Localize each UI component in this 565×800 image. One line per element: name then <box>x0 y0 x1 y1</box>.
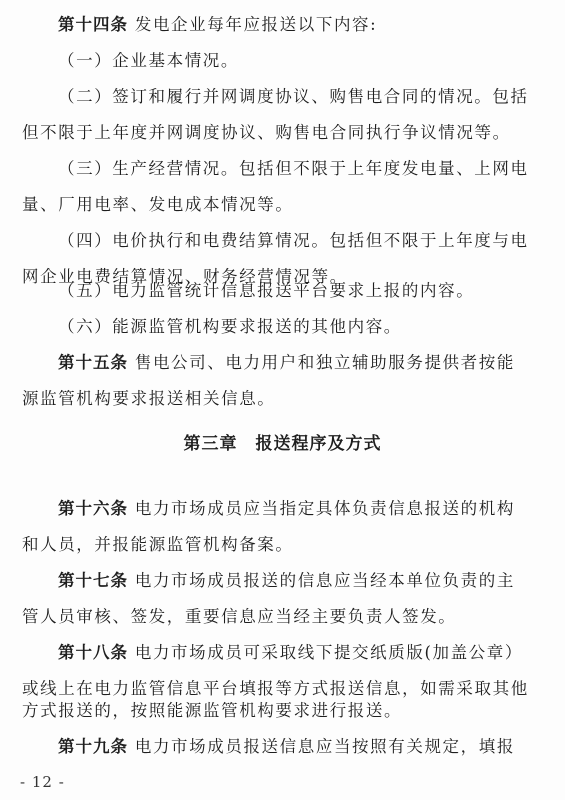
article-18-line: 第十八条 电力市场成员可采取线下提交纸质版(加盖公章） <box>58 642 546 664</box>
item-text: （四）电价执行和电费结算情况。包括但不限于上年度与电 <box>58 231 529 250</box>
article-text: 方式报送的，按照能源监管机构要求进行报送。 <box>22 701 402 720</box>
chapter-heading: 第三章报送程序及方式 <box>0 433 565 455</box>
article-18-continuation-2: 方式报送的，按照能源监管机构要求进行报送。 <box>22 700 546 722</box>
article-text: 电力市场成员可采取线下提交纸质版(加盖公章） <box>128 643 523 662</box>
page-number: - 12 - <box>20 772 65 792</box>
article-16-continuation: 和人员，并报能源监管机构备案。 <box>22 534 546 556</box>
item-3-continuation: 量、厂用电率、发电成本情况等。 <box>22 194 546 216</box>
article-text: 发电企业每年应报送以下内容: <box>128 15 377 34</box>
article-text: 售电公司、电力用户和独立辅助服务提供者按能 <box>128 353 515 372</box>
article-text: 管人员审核、签发，重要信息应当经主要负责人签发。 <box>22 607 456 626</box>
article-text: 和人员，并报能源监管机构备案。 <box>22 535 294 554</box>
item-2-line: （二）签订和履行并网调度协议、购售电合同的情况。包括 <box>58 86 546 108</box>
document-page: 第十四条 发电企业每年应报送以下内容: （一）企业基本情况。 （二）签订和履行并… <box>0 0 565 800</box>
article-heading: 第十四条 <box>58 15 128 34</box>
item-text: （二）签订和履行并网调度协议、购售电合同的情况。包括 <box>58 87 529 106</box>
article-15-continuation: 源监管机构要求报送相关信息。 <box>22 388 546 410</box>
item-1-line: （一）企业基本情况。 <box>58 50 546 72</box>
item-text: （三）生产经营情况。包括但不限于上年度发电量、上网电 <box>58 159 529 178</box>
article-heading: 第十五条 <box>58 353 128 372</box>
item-text: （六）能源监管机构要求报送的其他内容。 <box>58 317 402 336</box>
article-18-continuation: 或线上在电力监管信息平台填报等方式报送信息，如需采取其他 <box>22 678 546 700</box>
item-text: （五）电力监管统计信息报送平台要求上报的内容。 <box>58 281 474 300</box>
chapter-number: 第三章 <box>184 434 238 454</box>
item-4-line: （四）电价执行和电费结算情况。包括但不限于上年度与电 <box>58 230 546 252</box>
article-text: 电力市场成员报送信息应当按照有关规定，填报 <box>128 737 515 756</box>
article-14-line: 第十四条 发电企业每年应报送以下内容: <box>58 14 546 36</box>
item-text: （一）企业基本情况。 <box>58 51 239 70</box>
article-16-line: 第十六条 电力市场成员应当指定具体负责信息报送的机构 <box>58 498 546 520</box>
article-19-line: 第十九条 电力市场成员报送信息应当按照有关规定，填报 <box>58 736 546 758</box>
item-2-continuation: 但不限于上年度并网调度协议、购售电合同执行争议情况等。 <box>22 122 546 144</box>
article-17-line: 第十七条 电力市场成员报送的信息应当经本单位负责的主 <box>58 570 546 592</box>
article-15-line: 第十五条 售电公司、电力用户和独立辅助服务提供者按能 <box>58 352 546 374</box>
item-6-line: （六）能源监管机构要求报送的其他内容。 <box>58 316 546 338</box>
article-heading: 第十六条 <box>58 499 128 518</box>
item-text: 量、厂用电率、发电成本情况等。 <box>22 195 294 214</box>
article-text: 源监管机构要求报送相关信息。 <box>22 389 275 408</box>
article-17-continuation: 管人员审核、签发，重要信息应当经主要负责人签发。 <box>22 606 546 628</box>
article-heading: 第十九条 <box>58 737 128 756</box>
article-text: 或线上在电力监管信息平台填报等方式报送信息，如需采取其他 <box>22 679 529 698</box>
chapter-title: 报送程序及方式 <box>256 434 382 454</box>
article-text: 电力市场成员应当指定具体负责信息报送的机构 <box>128 499 515 518</box>
item-text: 但不限于上年度并网调度协议、购售电合同执行争议情况等。 <box>22 123 511 142</box>
article-heading: 第十七条 <box>58 571 128 590</box>
item-3-line: （三）生产经营情况。包括但不限于上年度发电量、上网电 <box>58 158 546 180</box>
article-heading: 第十八条 <box>58 643 128 662</box>
item-5-line: （五）电力监管统计信息报送平台要求上报的内容。 <box>58 280 546 302</box>
article-text: 电力市场成员报送的信息应当经本单位负责的主 <box>128 571 515 590</box>
